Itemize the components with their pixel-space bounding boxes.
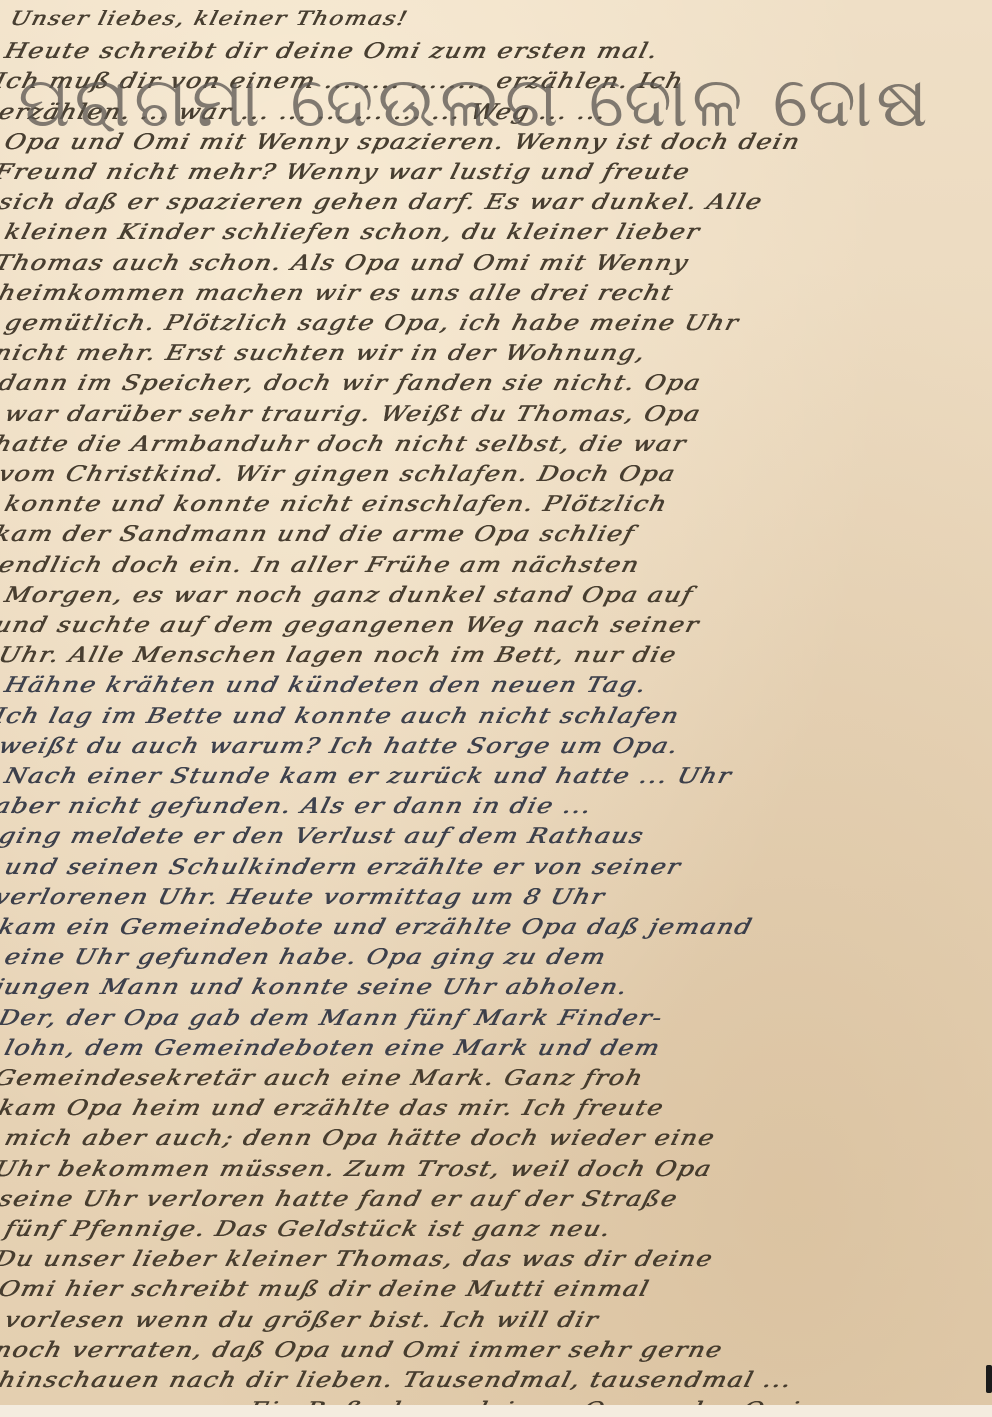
letter-signoff: Ein Bußerl von deinem Opa u. der Omi: [246, 1397, 803, 1417]
letter-line: mich aber auch; denn Opa hätte doch wied…: [2, 1125, 718, 1150]
letter-line: Du unser lieber kleiner Thomas, das was …: [0, 1246, 716, 1271]
letter-line: Thomas auch schon. Als Opa und Omi mit W…: [0, 250, 692, 275]
letter-line: kam der Sandmann und die arme Opa schlie…: [0, 521, 638, 546]
letter-line: noch verraten, daß Opa und Omi immer seh…: [0, 1337, 726, 1362]
letter-line: Der, der Opa gab dem Mann fünf Mark Find…: [0, 1005, 666, 1030]
letter-line: verlorenen Uhr. Heute vormittag um 8 Uhr: [0, 884, 608, 909]
letter-line: Omi hier schreibt muß dir deine Mutti ei…: [0, 1276, 652, 1301]
letter-greeting: Unser liebes, kleiner Thomas!: [8, 8, 411, 30]
letter-line: hinschauen nach dir lieben. Tausendmal, …: [0, 1367, 795, 1392]
letter-line: gemütlich. Plötzlich sagte Opa, ich habe…: [2, 310, 742, 335]
letter-line: vorlesen wenn du größer bist. Ich will d…: [2, 1307, 602, 1332]
letter-line: war darüber sehr traurig. Weißt du Thoma…: [2, 401, 704, 426]
letter-line: vom Christkind. Wir gingen schlafen. Doc…: [0, 461, 679, 486]
letter-line: Nach einer Stunde kam er zurück und hatt…: [2, 763, 735, 788]
handwritten-letter: Unser liebes, kleiner Thomas!Heute schre…: [0, 0, 992, 1417]
letter-line: Hähne krähten und kündeten den neuen Tag…: [2, 672, 650, 697]
letter-line: heimkommen machen wir es uns alle drei r…: [0, 280, 676, 305]
letter-line: Uhr bekommen müssen. Zum Trost, weil doc…: [0, 1156, 715, 1181]
letter-line: aber nicht gefunden. Als er dann in die …: [0, 793, 595, 818]
scan-edge-mark: [986, 1365, 992, 1393]
letter-line: Ich lag im Bette und konnte auch nicht s…: [0, 703, 682, 728]
letter-page: Unser liebes, kleiner Thomas!Heute schre…: [0, 0, 992, 1417]
letter-line: Ich muß dir von einem ........ ........ …: [0, 68, 687, 93]
letter-line: jungen Mann und konnte seine Uhr abholen…: [0, 974, 631, 999]
letter-line: Morgen, es war noch ganz dunkel stand Op…: [2, 582, 696, 607]
letter-line: Opa und Omi mit Wenny spazieren. Wenny i…: [2, 129, 803, 154]
letter-line: hatte die Armbanduhr doch nicht selbst, …: [0, 431, 690, 456]
letter-line: weißt du auch warum? Ich hatte Sorge um …: [0, 733, 682, 758]
letter-line: Gemeindesekretär auch eine Mark. Ganz fr…: [0, 1065, 647, 1090]
letter-line: endlich doch ein. In aller Frühe am näch…: [0, 552, 643, 577]
letter-line: kleinen Kinder schliefen schon, du klein…: [2, 219, 703, 244]
letter-line: ging meldete er den Verlust auf dem Rath…: [0, 823, 647, 848]
letter-line: und suchte auf dem gegangenen Weg nach s…: [0, 612, 702, 637]
letter-line: kam Opa heim und erzählte das mir. Ich f…: [0, 1095, 667, 1120]
letter-line: und seinen Schulkindern erzählte er von …: [2, 854, 684, 879]
letter-line: lohn, dem Gemeindeboten eine Mark und de…: [2, 1035, 663, 1060]
letter-line: erzählen. ... war ... ... ... ... ... ..…: [0, 99, 609, 124]
letter-line: Freund nicht mehr? Wenny war lustig und …: [0, 159, 693, 184]
letter-line: fünf Pfennige. Das Geldstück ist ganz ne…: [2, 1216, 614, 1241]
letter-line: nicht mehr. Erst suchten wir in der Wohn…: [0, 340, 649, 365]
letter-line: konnte und konnte nicht einschlafen. Plö…: [2, 491, 670, 516]
letter-line: seine Uhr verloren hatte fand er auf der…: [0, 1186, 681, 1211]
letter-line: sich daß er spazieren gehen darf. Es war…: [0, 189, 766, 214]
letter-line: dann im Speicher, doch wir fanden sie ni…: [0, 370, 704, 395]
letter-line: Heute schreibt dir deine Omi zum ersten …: [2, 38, 661, 63]
letter-line: kam ein Gemeindebote und erzählte Opa da…: [0, 914, 756, 939]
letter-line: Uhr. Alle Menschen lagen noch im Bett, n…: [0, 642, 680, 667]
letter-line: eine Uhr gefunden habe. Opa ging zu dem: [2, 944, 609, 969]
